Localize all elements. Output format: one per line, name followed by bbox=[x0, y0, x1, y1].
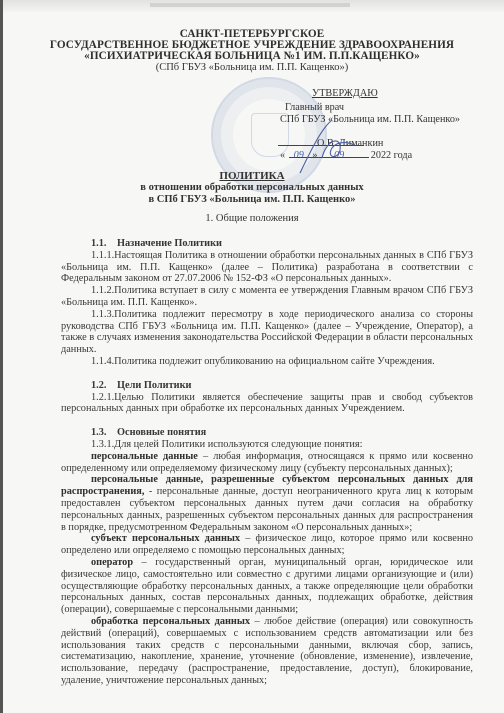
subsection-number: 1.2. bbox=[91, 380, 117, 392]
title-main: ПОЛИТИКА bbox=[0, 170, 504, 182]
signature-icon bbox=[292, 118, 362, 178]
paragraph-1-1-1: 1.1.1.Настоящая Политика в отношении обр… bbox=[61, 250, 473, 285]
subsection-title: Цели Политики bbox=[117, 380, 191, 391]
paragraph-1-1-2: 1.1.2.Политика вступает в силу с момента… bbox=[61, 285, 473, 309]
definition-data-subject: субъект персональных данных – физическое… bbox=[61, 533, 473, 557]
header-org-short: (СПб ГБУЗ «Больница им. П.П. Кащенко») bbox=[0, 62, 504, 74]
paragraph-1-1-4: 1.1.4.Политика подлежит опубликованию на… bbox=[61, 356, 473, 368]
definition-term: обработка персональных данных bbox=[91, 616, 250, 627]
definition-personal-data: персональные данные – любая информация, … bbox=[61, 451, 473, 475]
definition-term: субъект персональных данных bbox=[91, 533, 240, 544]
approval-position: Главный врач bbox=[285, 102, 344, 115]
definition-term: персональные данные bbox=[91, 451, 198, 462]
subsection-1-1: 1.1.Назначение Политики bbox=[91, 238, 473, 250]
definition-term: оператор bbox=[91, 557, 133, 568]
paragraph-1-3-1: 1.3.1.Для целей Политики используются сл… bbox=[61, 439, 473, 451]
document-body: 1.1.Назначение Политики 1.1.1.Настоящая … bbox=[61, 238, 473, 687]
subsection-number: 1.1. bbox=[91, 238, 117, 250]
subsection-number: 1.3. bbox=[91, 427, 117, 439]
date-quote-open: « bbox=[280, 150, 285, 161]
title-sub1: в отношении обработки персональных данны… bbox=[0, 182, 504, 194]
title-sub2: в СПб ГБУЗ «Больница им. П.П. Кащенко» bbox=[0, 194, 504, 206]
document-page: САНКТ-ПЕТЕРБУРГСКОЕ ГОСУДАРСТВЕННОЕ БЮДЖ… bbox=[0, 0, 504, 713]
subsection-title: Основные понятия bbox=[117, 427, 206, 438]
approval-title: УТВЕРЖДАЮ bbox=[312, 88, 378, 101]
date-year: 2022 года bbox=[371, 150, 412, 161]
paragraph-1-2-1: 1.2.1.Целью Политики является обеспечени… bbox=[61, 392, 473, 416]
definition-processing: обработка персональных данных – любое де… bbox=[61, 616, 473, 687]
definition-public-personal-data: персональные данные, разрешенные субъект… bbox=[61, 474, 473, 533]
section-heading: 1. Общие положения bbox=[0, 213, 504, 224]
header-org-name: «ПСИХИАТРИЧЕСКАЯ БОЛЬНИЦА №1 ИМ. П.П.КАЩ… bbox=[0, 51, 504, 62]
document-title: ПОЛИТИКА в отношении обработки персональ… bbox=[0, 170, 504, 206]
subsection-title: Назначение Политики bbox=[117, 238, 222, 249]
definition-operator: оператор – государственный орган, муници… bbox=[61, 557, 473, 616]
subsection-1-3: 1.3.Основные понятия bbox=[91, 427, 473, 439]
paragraph-1-1-3: 1.1.3.Политика подлежит пересмотру в ход… bbox=[61, 309, 473, 356]
subsection-1-2: 1.2.Цели Политики bbox=[91, 380, 473, 392]
institution-header: САНКТ-ПЕТЕРБУРГСКОЕ ГОСУДАРСТВЕННОЕ БЮДЖ… bbox=[0, 29, 504, 74]
